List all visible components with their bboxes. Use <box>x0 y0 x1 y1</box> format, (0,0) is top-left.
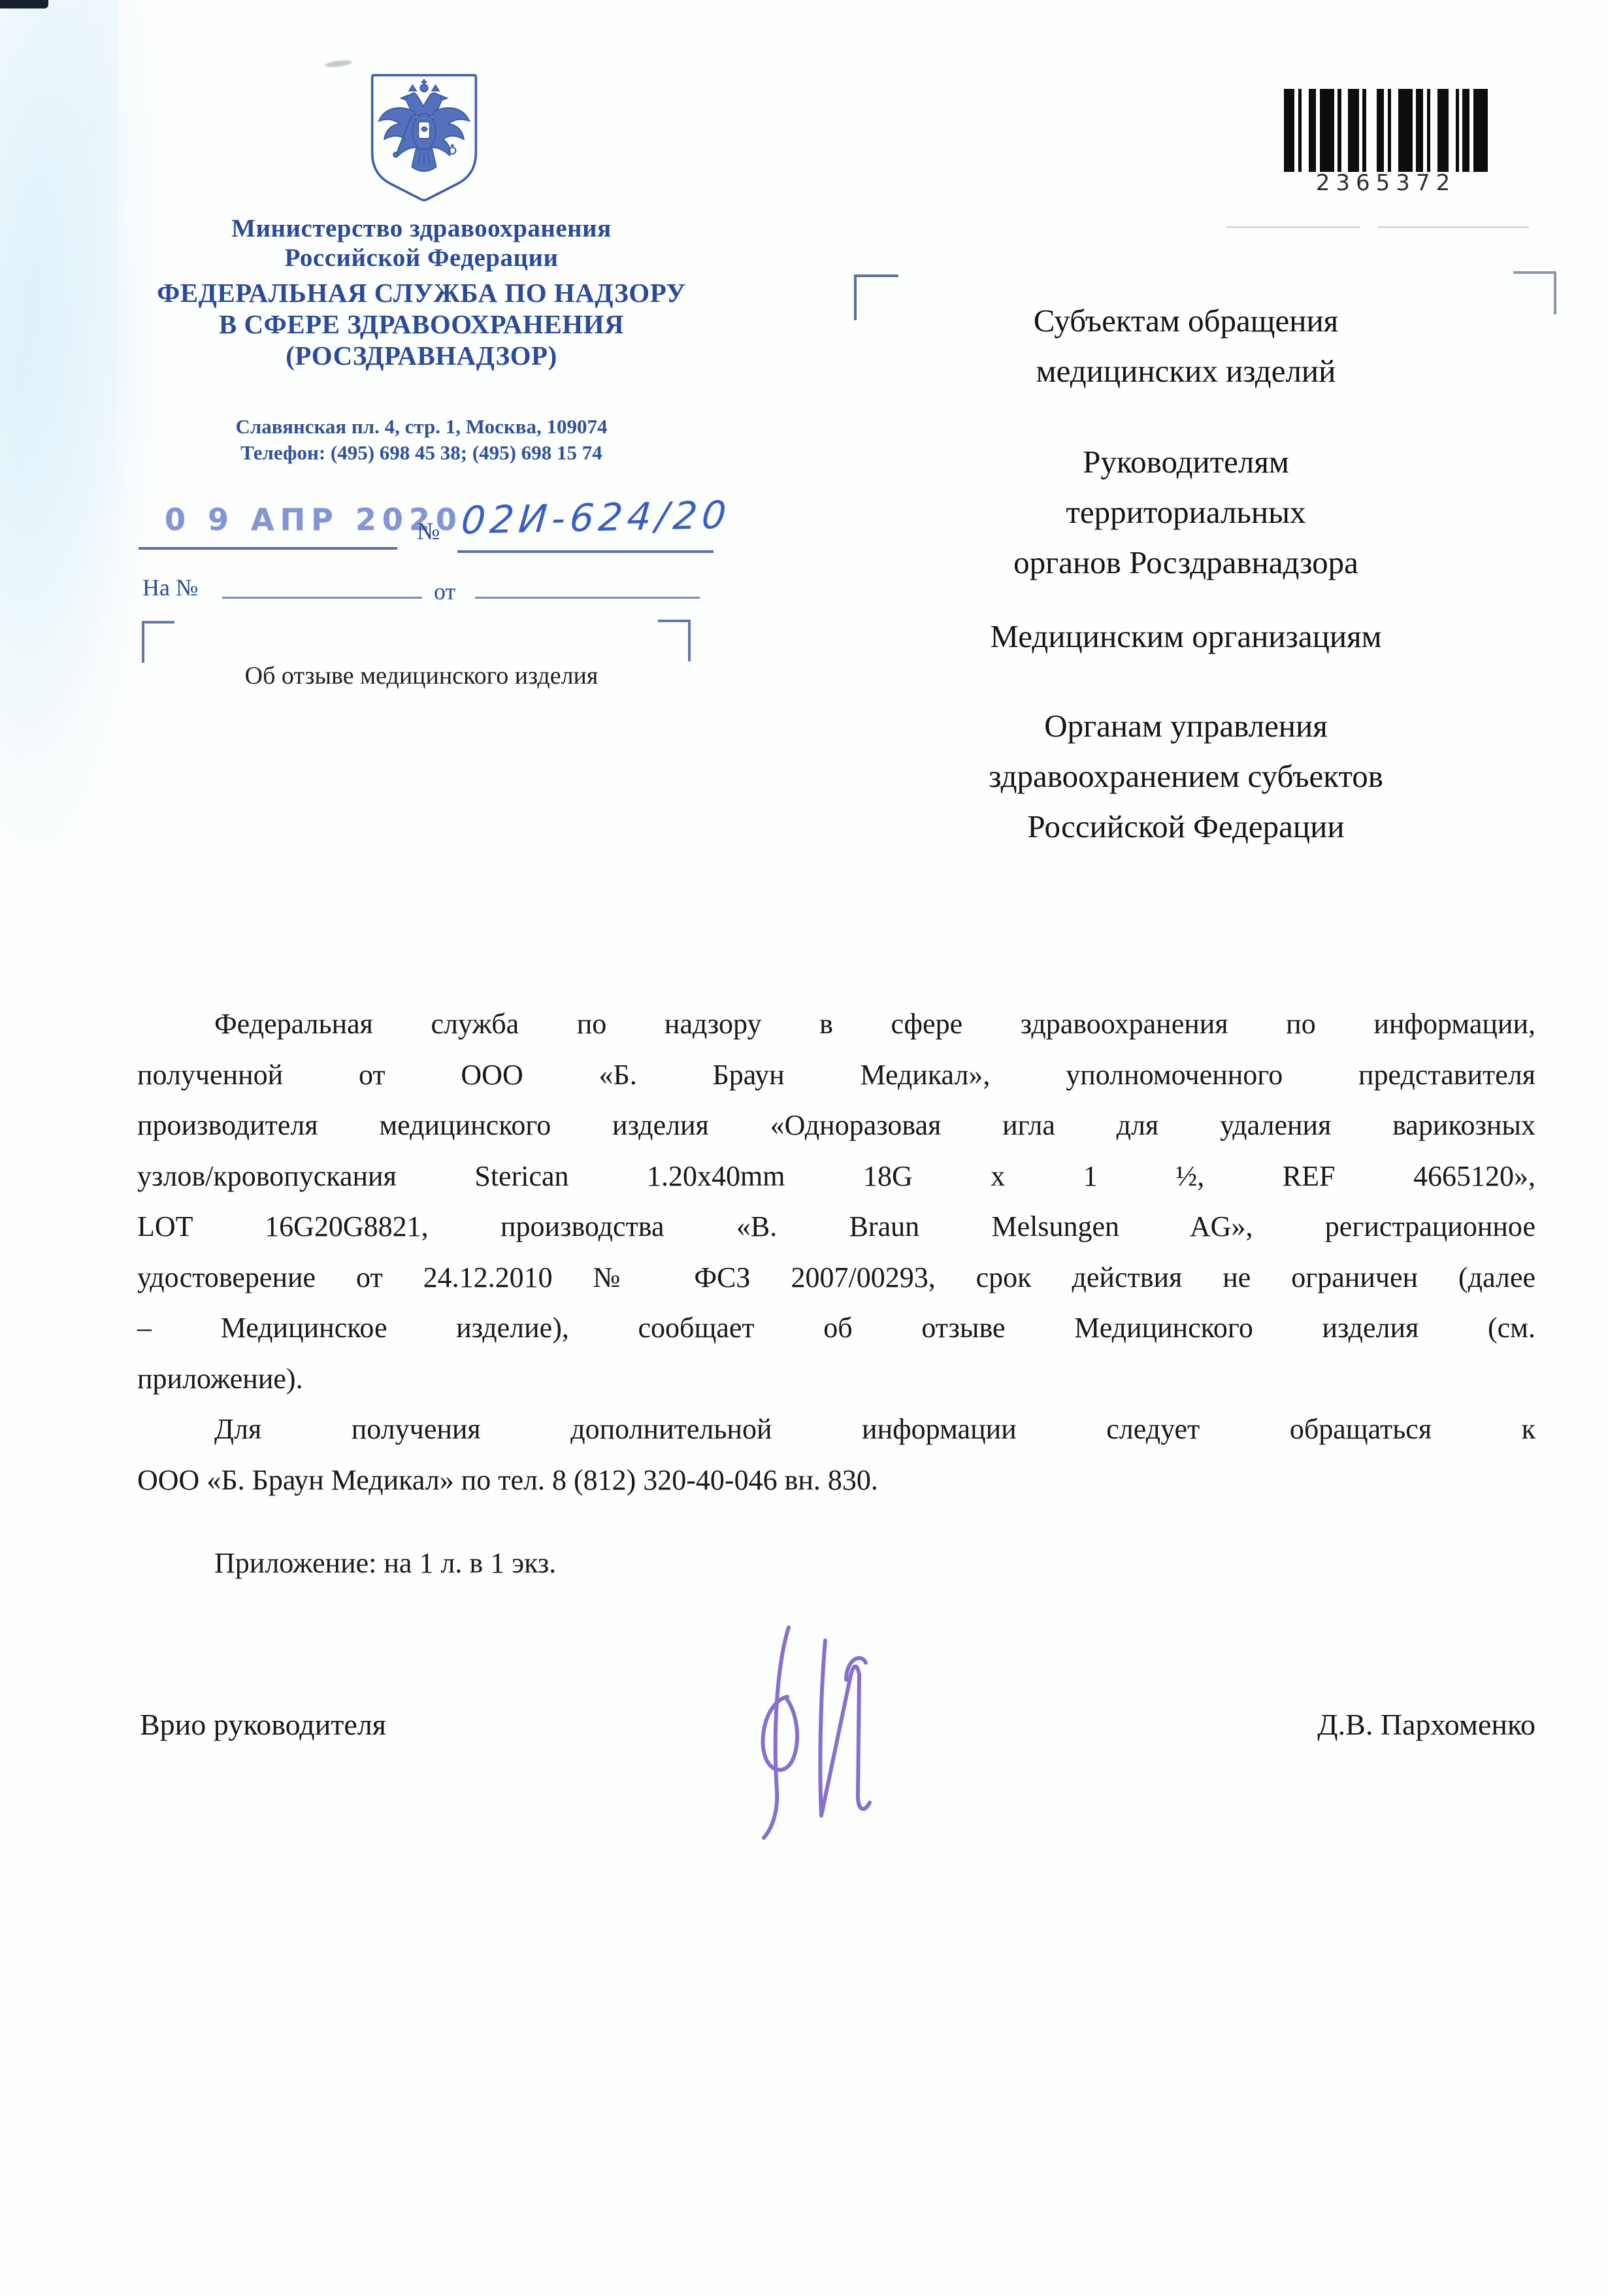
addressee-line: Медицинским организациям <box>869 611 1503 661</box>
body-line: производителя медицинского изделия «Одно… <box>137 1100 1535 1151</box>
body-line: ООО «Б. Браун Медикал» по тел. 8 (812) 3… <box>137 1455 1535 1506</box>
ministry-name: Министерство здравоохранения Российской … <box>98 214 745 273</box>
barcode-bar <box>1398 89 1413 172</box>
addressee-line: Субъектам обращения <box>869 295 1503 346</box>
body-line: LOT 16G20G8821, производства «B. Braun M… <box>137 1201 1535 1252</box>
reply-number-blank <box>222 597 422 599</box>
barcode-bar <box>1298 89 1302 172</box>
body-line: – Медицинское изделие), сообщает об отзы… <box>137 1303 1535 1354</box>
barcode-number: 2365372 <box>1284 170 1488 196</box>
body-line: приложение). <box>137 1354 1535 1405</box>
scanned-letter-page: Министерство здравоохранения Российской … <box>0 0 1608 2296</box>
subject-line: Об отзыве медицинского изделия <box>98 661 745 690</box>
addressee-line: территориальных <box>869 487 1503 537</box>
addressee-group: Субъектам обращения медицинских изделий <box>869 295 1503 396</box>
ministry-line2: Российской Федерации <box>98 243 745 273</box>
date-underline <box>139 547 397 550</box>
handwritten-signature <box>748 1620 889 1845</box>
addressee-group: Органам управления здравоохранением субъ… <box>869 701 1503 852</box>
barcode-bar <box>1416 89 1423 172</box>
barcode-bar <box>1320 89 1334 172</box>
body-line: Федеральная служба по надзору в сфере зд… <box>137 999 1535 1050</box>
reply-number-label: На № <box>142 574 198 601</box>
scan-faint-line <box>1226 226 1360 228</box>
addressee-line: Руководителям <box>869 437 1503 487</box>
russia-coat-of-arms-icon <box>370 73 478 205</box>
scan-smudge <box>325 59 353 68</box>
letterhead-address: Славянская пл. 4, стр. 1, Москва, 109074 <box>98 414 745 440</box>
signer-position: Врио руководителя <box>140 1707 386 1742</box>
letterhead-contacts: Славянская пл. 4, стр. 1, Москва, 109074… <box>98 414 745 466</box>
addressee-group: Руководителям территориальных органов Ро… <box>869 437 1503 588</box>
letter-body: Федеральная служба по надзору в сфере зд… <box>137 999 1535 1505</box>
addressee-line: здравоохранением субъектов <box>869 751 1503 801</box>
addressee-corner-mark-right <box>1513 271 1556 314</box>
body-line: удостоверение от 24.12.2010 № ФСЗ 2007/0… <box>137 1252 1535 1303</box>
number-sign: № <box>417 518 440 546</box>
reply-date-blank <box>475 597 700 599</box>
barcode-bar <box>1456 89 1459 172</box>
barcode-bar <box>1388 89 1391 172</box>
scan-artifact-corner <box>0 0 48 8</box>
reply-date-label: от <box>434 578 455 605</box>
barcode-bar <box>1284 89 1294 172</box>
barcode-bar <box>1309 89 1316 172</box>
letterhead-phone: Телефон: (495) 698 45 38; (495) 698 15 7… <box>98 440 745 466</box>
signer-name: Д.В. Пархоменко <box>1209 1707 1535 1742</box>
barcode-bar <box>1337 89 1341 172</box>
addressee-block: Субъектам обращения медицинских изделий … <box>869 295 1503 852</box>
barcode-bar <box>1462 89 1469 172</box>
service-line3: (РОСЗДРАВНАДЗОР) <box>98 340 745 371</box>
barcode-bar <box>1427 89 1430 172</box>
ministry-line1: Министерство здравоохранения <box>98 214 745 243</box>
barcode-bar <box>1377 89 1384 172</box>
addressee-line: медицинских изделий <box>869 346 1503 396</box>
barcode-bar <box>1348 89 1358 172</box>
service-line1: ФЕДЕРАЛЬНАЯ СЛУЖБА ПО НАДЗОРУ <box>98 277 745 308</box>
barcode-bar <box>1437 89 1448 172</box>
addressee-line: Органам управления <box>869 701 1503 751</box>
body-line: Для получения дополнительной информации … <box>137 1404 1535 1455</box>
addressee-line: органов Росздравнадзора <box>869 537 1503 588</box>
barcode-bar <box>1473 89 1488 172</box>
barcode-bar <box>1362 89 1366 172</box>
service-line2: В СФЕРЕ ЗДРАВООХРАНЕНИЯ <box>98 308 745 340</box>
outgoing-number-handwritten: 02И-624/20 <box>459 493 732 543</box>
attachment-note: Приложение: на 1 л. в 1 экз. <box>137 1546 1535 1580</box>
body-line: узлов/кровопускания Sterican 1.20x40mm 1… <box>137 1151 1535 1202</box>
subject-corner-mark-right <box>658 620 691 661</box>
body-line: полученной от ООО «Б. Браун Медикал», уп… <box>137 1050 1535 1101</box>
barcode <box>1284 89 1488 172</box>
number-underline <box>457 550 714 553</box>
service-name: ФЕДЕРАЛЬНАЯ СЛУЖБА ПО НАДЗОРУ В СФЕРЕ ЗД… <box>98 277 745 371</box>
scan-faint-line <box>1377 226 1529 228</box>
addressee-line: Российской Федерации <box>869 801 1503 852</box>
subject-corner-mark-left <box>142 621 174 663</box>
addressee-group: Медицинским организациям <box>869 611 1503 661</box>
